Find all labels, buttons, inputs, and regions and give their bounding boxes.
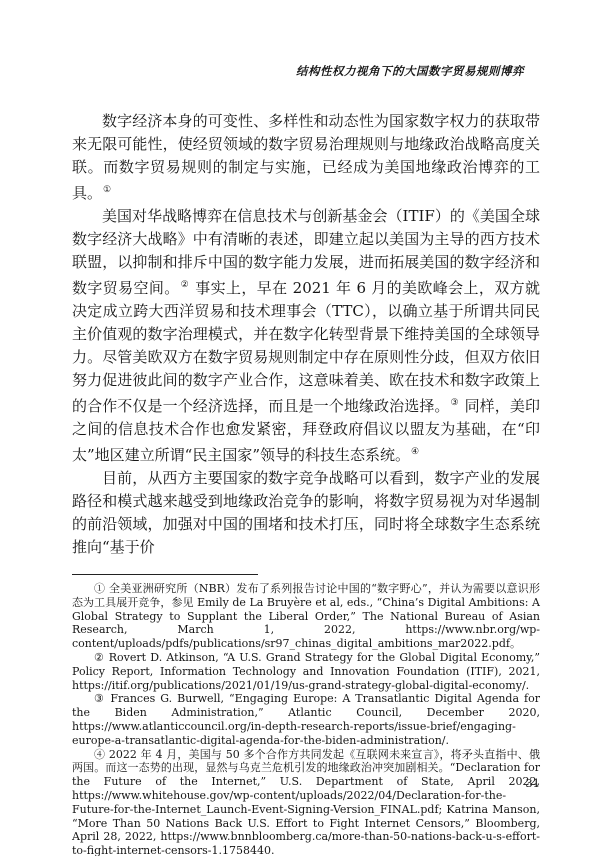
footnotes-list: ① 全美亚洲研究所（NBR）发布了系列报告讨论中国的“数字野心”，并认为需要以意… bbox=[72, 582, 540, 856]
text-run: 事实上，早在 2021 年 6 月的美欧峰会上，双方就决定成立跨大西洋贸易和技术… bbox=[72, 279, 540, 415]
paragraph: 目前，从西方主要国家的数字竞争战略可以看到，数字产业的发展路径和模式越来越受到地… bbox=[72, 467, 540, 559]
document-page: 结构性权力视角下的大国数字贸易规则博弈 数字经济本身的可变性、多样性和动态性为国… bbox=[0, 0, 600, 856]
text-run: 数字经济本身的可变性、多样性和动态性为国家数字权力的获取带来无限可能性，使经贸领… bbox=[72, 112, 540, 202]
footnote: ④ 2022 年 4 月，美国与 50 多个合作方共同发起《互联网未来宣言》，将… bbox=[72, 748, 540, 856]
footnote: ③ Frances G. Burwell, “Engaging Europe: … bbox=[72, 692, 540, 747]
running-header: 结构性权力视角下的大国数字贸易规则博弈 bbox=[72, 63, 524, 79]
footnote-ref: ③ bbox=[450, 398, 460, 408]
page-number: 31 bbox=[525, 776, 540, 790]
footnote-ref: ② bbox=[180, 280, 190, 290]
footnote-ref: ① bbox=[102, 185, 112, 195]
footnote: ② Rovert D. Atkinson, “A U.S. Grand Stra… bbox=[72, 651, 540, 692]
text-run: 目前，从西方主要国家的数字竞争战略可以看到，数字产业的发展路径和模式越来越受到地… bbox=[72, 469, 540, 556]
page-content: 数字经济本身的可变性、多样性和动态性为国家数字权力的获取带来无限可能性，使经贸领… bbox=[72, 110, 540, 856]
body-paragraphs: 数字经济本身的可变性、多样性和动态性为国家数字权力的获取带来无限可能性，使经贸领… bbox=[72, 110, 540, 559]
paragraph: 数字经济本身的可变性、多样性和动态性为国家数字权力的获取带来无限可能性，使经贸领… bbox=[72, 110, 540, 205]
footnote-ref: ④ bbox=[410, 447, 420, 457]
paragraph: 美国对华战略博弈在信息技术与创新基金会（ITIF）的《美国全球数字经济大战略》中… bbox=[72, 205, 540, 467]
footnote-separator bbox=[72, 574, 258, 575]
footnote: ① 全美亚洲研究所（NBR）发布了系列报告讨论中国的“数字野心”，并认为需要以意… bbox=[72, 582, 540, 651]
